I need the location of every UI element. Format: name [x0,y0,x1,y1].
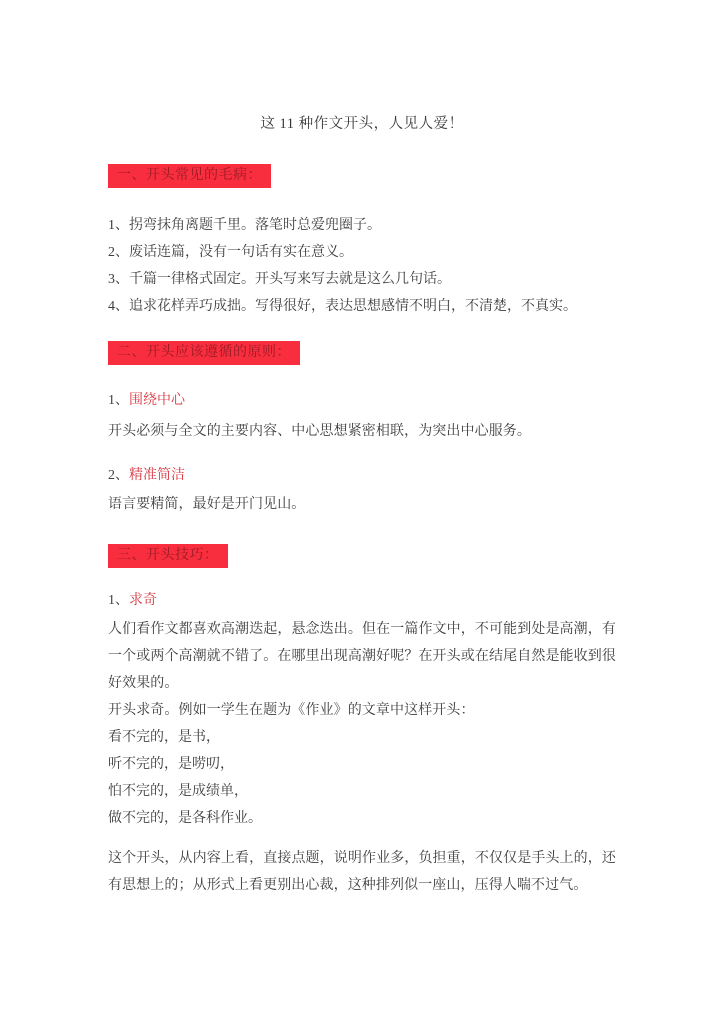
subsection-label: 围绕中心 [129,393,185,408]
subsection-title: 1、求奇 [108,587,616,614]
section-heading: 一、开头常见的毛病： [108,164,271,188]
section-heading: 三、开头技巧： [108,544,228,568]
verse-line: 看不完的，是书， [108,724,616,751]
list-item: 3、千篇一律格式固定。开头写来写去就是这么几句话。 [108,266,616,293]
section-heading: 二、开头应该遵循的原则： [108,341,300,365]
document-page: 这 11 种作文开头，人见人爱！ 一、开头常见的毛病： 1、拐弯抹角离题千里。落… [0,0,724,1024]
subsection-title: 2、精准简洁 [108,462,616,489]
paragraph: 开头求奇。例如一学生在题为《作业》的文章中这样开头： [108,697,616,724]
subsection-number: 1、 [108,393,129,408]
section-2-heading-row: 二、开头应该遵循的原则： [108,341,616,365]
page-title: 这 11 种作文开头，人见人爱！ [108,111,616,138]
verse-line: 听不完的，是唠叨， [108,751,616,778]
subsection-number: 2、 [108,468,129,483]
technique-body: 人们看作文都喜欢高潮迭起，悬念迭出。但在一篇作文中，不可能到处是高潮，有一个或两… [108,616,616,832]
paragraph: 人们看作文都喜欢高潮迭起，悬念迭出。但在一篇作文中，不可能到处是高潮，有一个或两… [108,616,616,697]
paragraph: 语言要精简，最好是开门见山。 [108,491,616,518]
subsection-number: 1、 [108,593,129,608]
list-item: 4、追求花样弄巧成拙。写得很好，表达思想感情不明白，不清楚，不真实。 [108,293,616,320]
section-1-heading-row: 一、开头常见的毛病： [108,164,616,188]
list-item: 1、拐弯抹角离题千里。落笔时总爱兜圈子。 [108,212,616,239]
closing-paragraph: 这个开头，从内容上看，直接点题，说明作业多，负担重，不仅仅是手头上的，还有思想上… [108,845,616,899]
subsection-label: 精准简洁 [129,468,185,483]
verse-line: 怕不完的，是成绩单， [108,778,616,805]
subsection-label: 求奇 [129,593,157,608]
verse-line: 做不完的，是各科作业。 [108,805,616,832]
subsection-title: 1、围绕中心 [108,387,616,414]
paragraph: 开头必须与全文的主要内容、中心思想紧密相联，为突出中心服务。 [108,418,616,445]
list-item: 2、废话连篇，没有一句话有实在意义。 [108,239,616,266]
section-3-heading-row: 三、开头技巧： [108,544,616,568]
problem-list: 1、拐弯抹角离题千里。落笔时总爱兜圈子。 2、废话连篇，没有一句话有实在意义。 … [108,212,616,320]
document-content: 这 11 种作文开头，人见人爱！ 一、开头常见的毛病： 1、拐弯抹角离题千里。落… [0,0,724,899]
